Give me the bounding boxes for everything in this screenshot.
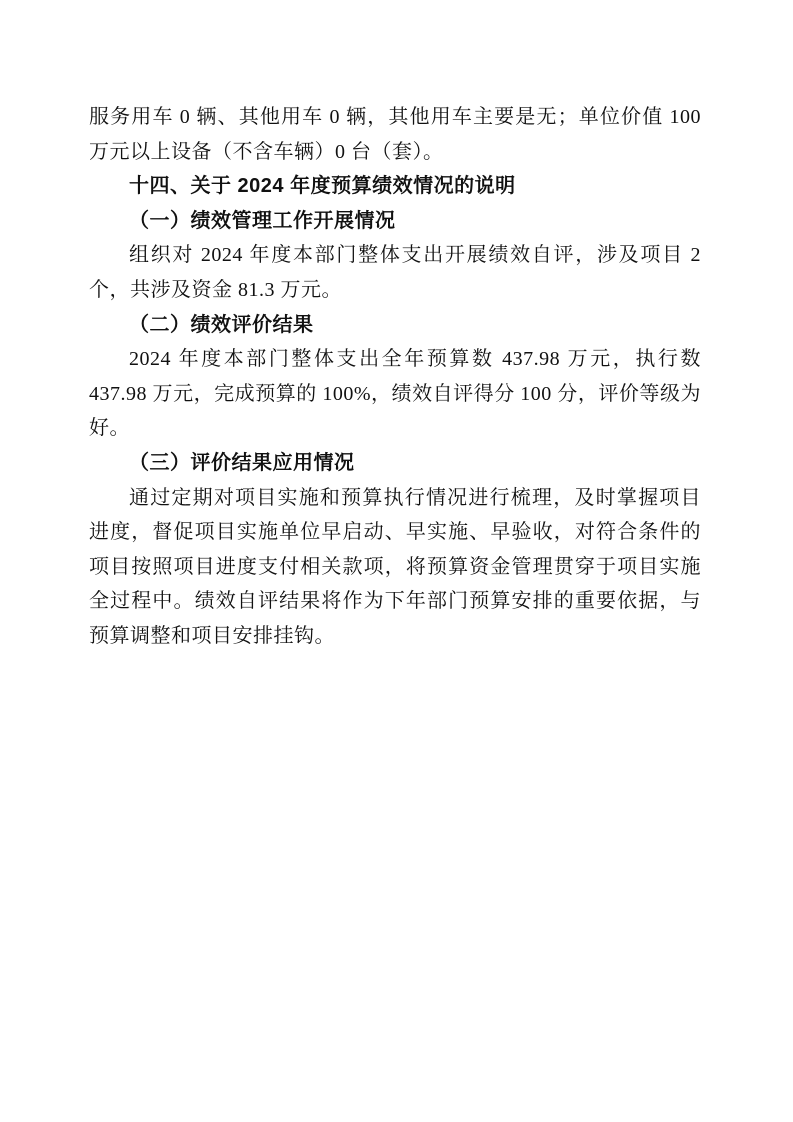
sub-heading-1: （一）绩效管理工作开展情况 — [89, 204, 701, 239]
sub-heading-2: （二）绩效评价结果 — [89, 308, 701, 343]
page-content: 服务用车 0 辆、其他用车 0 辆，其他用车主要是无；单位价值 100 万元以上… — [89, 100, 701, 654]
body-paragraph-continuation: 服务用车 0 辆、其他用车 0 辆，其他用车主要是无；单位价值 100 万元以上… — [89, 100, 701, 169]
document-page: 服务用车 0 辆、其他用车 0 辆，其他用车主要是无；单位价值 100 万元以上… — [0, 0, 793, 1122]
sub-heading-3: （三）评价结果应用情况 — [89, 446, 701, 481]
body-paragraph: 组织对 2024 年度本部门整体支出开展绩效自评，涉及项目 2 个，共涉及资金 … — [89, 238, 701, 307]
body-paragraph: 通过定期对项目实施和预算执行情况进行梳理，及时掌握项目进度，督促项目实施单位早启… — [89, 481, 701, 654]
body-paragraph: 2024 年度本部门整体支出全年预算数 437.98 万元，执行数 437.98… — [89, 342, 701, 446]
section-heading: 十四、关于 2024 年度预算绩效情况的说明 — [89, 169, 701, 204]
